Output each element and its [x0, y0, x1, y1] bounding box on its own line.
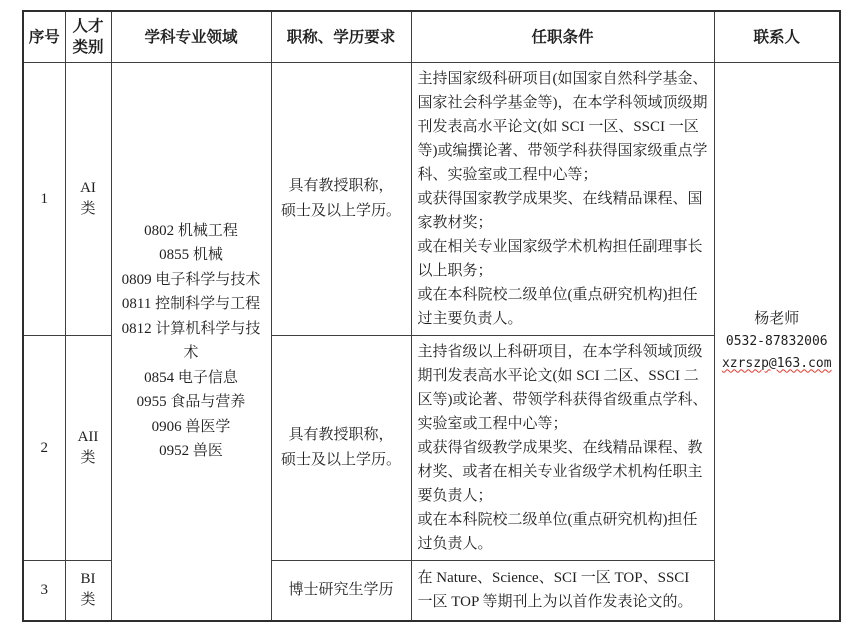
discipline-item: 0812 计算机科学与技术 [118, 317, 265, 366]
header-requirement: 职称、学历要求 [271, 11, 411, 63]
cell-no-3: 3 [23, 561, 65, 621]
header-conditions: 任职条件 [411, 11, 714, 63]
requirement-line: 具有教授职称， [278, 174, 405, 199]
condition-paragraph: 或在本科院校二级单位(重点研究机构)担任过主要负责人。 [418, 283, 708, 331]
cell-requirement-2: 具有教授职称， 硕士及以上学历。 [271, 336, 411, 561]
cell-category-1: AI 类 [65, 63, 111, 336]
cell-conditions-1: 主持国家级科研项目(如国家自然科学基金、国家社会科学基金等)，在本学科领域顶级期… [411, 63, 714, 336]
header-row: 序号 人才类别 学科专业领域 职称、学历要求 任职条件 联系人 [23, 11, 840, 63]
condition-paragraph: 主持国家级科研项目(如国家自然科学基金、国家社会科学基金等)，在本学科领域顶级期… [418, 67, 708, 187]
condition-paragraph: 或获得国家教学成果奖、在线精品课程、国家教材奖； [418, 187, 708, 235]
requirement-line: 硕士及以上学历。 [278, 199, 405, 224]
requirement-line: 博士研究生学历 [278, 578, 405, 603]
table-row-1: 1 AI 类 0802 机械工程 0855 机械 0809 电子科学与技术 08… [23, 63, 840, 336]
requirement-line: 硕士及以上学历。 [278, 448, 405, 473]
condition-paragraph: 主持省级以上科研项目，在本学科领域顶级期刊发表高水平论文(如 SCI 二区、SS… [418, 340, 708, 436]
discipline-item: 0809 电子科学与技术 [118, 268, 265, 293]
condition-paragraph: 或在本科院校二级单位(重点研究机构)担任过负责人。 [418, 508, 708, 556]
contact-email: xzrszp@163.com [721, 353, 834, 375]
cell-conditions-2: 主持省级以上科研项目，在本学科领域顶级期刊发表高水平论文(如 SCI 二区、SS… [411, 336, 714, 561]
cell-no-1: 1 [23, 63, 65, 336]
discipline-item: 0955 食品与营养 [118, 390, 265, 415]
cell-category-2: AII类 [65, 336, 111, 561]
condition-paragraph: 在 Nature、Science、SCI 一区 TOP、SSCI 一区 TOP … [418, 566, 708, 614]
discipline-item: 0906 兽医学 [118, 415, 265, 440]
condition-paragraph: 或获得省级教学成果奖、在线精品课程、教材奖、或者在相关专业省级学术机构任职主要负… [418, 436, 708, 508]
header-no: 序号 [23, 11, 65, 63]
header-category: 人才类别 [65, 11, 111, 63]
cell-conditions-3: 在 Nature、Science、SCI 一区 TOP、SSCI 一区 TOP … [411, 561, 714, 621]
recruitment-table: 序号 人才类别 学科专业领域 职称、学历要求 任职条件 联系人 1 AI 类 0… [22, 10, 841, 622]
cell-no-2: 2 [23, 336, 65, 561]
contact-name: 杨老师 [721, 307, 834, 331]
condition-paragraph: 或在相关专业国家级学术机构担任副理事长以上职务； [418, 235, 708, 283]
cell-category-3: BI 类 [65, 561, 111, 621]
discipline-item: 0802 机械工程 [118, 219, 265, 244]
discipline-item: 0952 兽医 [118, 439, 265, 464]
header-contact: 联系人 [714, 11, 840, 63]
cell-contact: 杨老师 0532-87832006 xzrszp@163.com [714, 63, 840, 621]
requirement-line: 具有教授职称， [278, 423, 405, 448]
cell-requirement-1: 具有教授职称， 硕士及以上学历。 [271, 63, 411, 336]
discipline-item: 0855 机械 [118, 243, 265, 268]
discipline-item: 0811 控制科学与工程 [118, 292, 265, 317]
document-page: 序号 人才类别 学科专业领域 职称、学历要求 任职条件 联系人 1 AI 类 0… [0, 0, 843, 614]
discipline-item: 0854 电子信息 [118, 366, 265, 391]
cell-disciplines: 0802 机械工程 0855 机械 0809 电子科学与技术 0811 控制科学… [111, 63, 271, 621]
contact-phone: 0532-87832006 [721, 331, 834, 353]
header-discipline: 学科专业领域 [111, 11, 271, 63]
cell-requirement-3: 博士研究生学历 [271, 561, 411, 621]
